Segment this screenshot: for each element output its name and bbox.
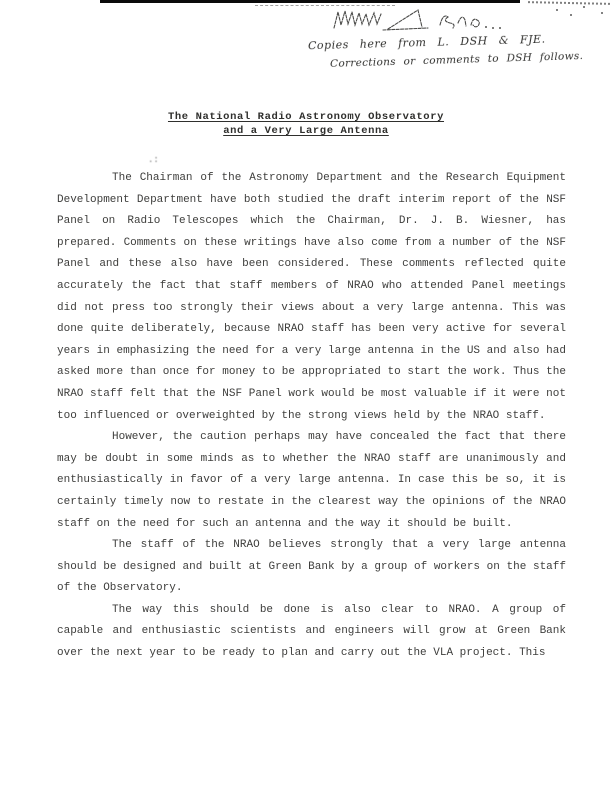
paragraph-1: The Chairman of the Astronomy Department… [57, 168, 566, 427]
paragraph-4: The way this should be done is also clea… [57, 600, 566, 665]
signature-scrawl-drawing [328, 2, 572, 36]
paragraph-2: However, the caution perhaps may have co… [57, 427, 566, 535]
document-body: The Chairman of the Astronomy Department… [57, 168, 566, 665]
paragraph-3: The staff of the NRAO believes strongly … [57, 535, 566, 600]
handwritten-note-line2: Corrections or comments to DSH follows. [330, 50, 584, 70]
document-title-line2: and a Very Large Antenna [0, 124, 612, 138]
document-title: The National Radio Astronomy Observatory… [0, 110, 612, 138]
signature-scrawl [328, 2, 572, 36]
scan-speck [601, 12, 603, 14]
document-title-line1: The National Radio Astronomy Observatory [0, 110, 612, 124]
scanned-document-page: Copies here from L. DSH & FJE. Correctio… [0, 0, 612, 792]
ink-smudge: .: [148, 155, 159, 165]
scan-speck [583, 6, 585, 8]
